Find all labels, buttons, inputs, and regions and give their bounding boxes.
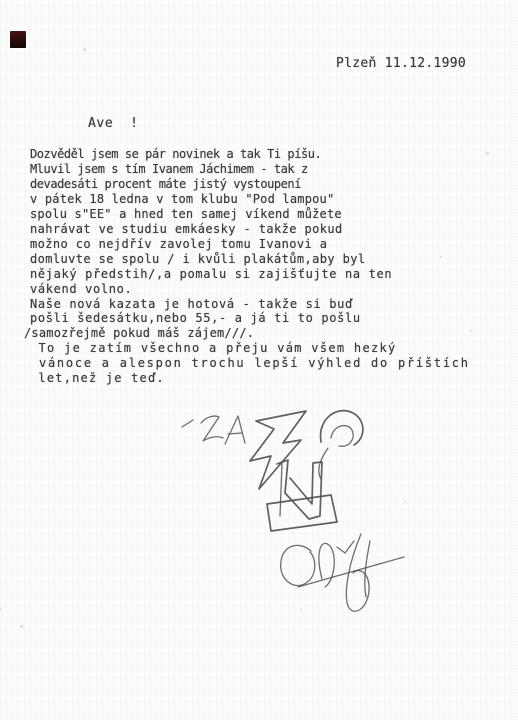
logo-letter-z xyxy=(250,411,306,489)
body-line: v pátek 18 ledna v tom klubu "Pod lampou… xyxy=(30,192,470,207)
body-line: /samozřejmě pokud máš zájem///. xyxy=(24,326,470,341)
body-line: To je zatím všechno a přeju vám všem hez… xyxy=(30,341,470,356)
logo-letter-c xyxy=(319,411,363,479)
body-line: Naše nová kazata je hotová - takže si bu… xyxy=(30,297,470,312)
za-handwriting xyxy=(182,416,245,444)
date-line: Plzeň 11.12.1990 xyxy=(336,56,466,71)
scan-speck xyxy=(404,500,406,502)
scan-speck xyxy=(0,608,2,610)
scan-speck xyxy=(300,608,302,610)
body-line: nahrávat ve studiu emkáesky - takže poku… xyxy=(30,222,470,237)
body-line: domluvte se spolu / i kvůli plakátům,aby… xyxy=(30,252,470,267)
body-line: pošli šedesátku,nebo 55,- a já ti to poš… xyxy=(30,311,470,326)
body-line: Dozvěděl jsem se pár novinek a tak Ti pí… xyxy=(30,147,470,162)
body-line: vánoce a alespon trochu lepší výhled do … xyxy=(30,356,470,371)
scan-speck xyxy=(440,256,442,258)
body-line: možno co nejdřív zavolej tomu Ivanovi a xyxy=(30,237,470,252)
body-line: spolu s"EE" a hned ten samej víkend může… xyxy=(30,207,470,222)
body-line: Mluvil jsem s tím Ivanem Jáchimem - tak … xyxy=(30,162,470,177)
logo-letter-n xyxy=(277,460,322,519)
scanned-letter-page: Plzeň 11.12.1990 Ave ! Dozvěděl jsem se … xyxy=(0,0,518,720)
scan-speck xyxy=(20,625,23,628)
scan-speck xyxy=(470,330,472,332)
znc-logo-drawing xyxy=(170,400,420,630)
logo-foot-stroke xyxy=(267,495,337,531)
scan-corner-mark xyxy=(10,31,26,48)
letter-body: Dozvěděl jsem se pár novinek a tak Ti pí… xyxy=(30,147,470,386)
scan-speck xyxy=(486,152,489,155)
body-line: nějaký předstih/,a pomalu si zajišťujte … xyxy=(30,267,470,282)
scan-speck xyxy=(83,48,86,51)
greeting: Ave ! xyxy=(88,116,139,131)
body-line: vákend volno. xyxy=(30,282,470,297)
body-line: let,než je teď. xyxy=(30,371,470,386)
signature-scrawl xyxy=(281,534,404,611)
body-line: devadesáti procent máte jistý vystoupení xyxy=(30,177,470,192)
